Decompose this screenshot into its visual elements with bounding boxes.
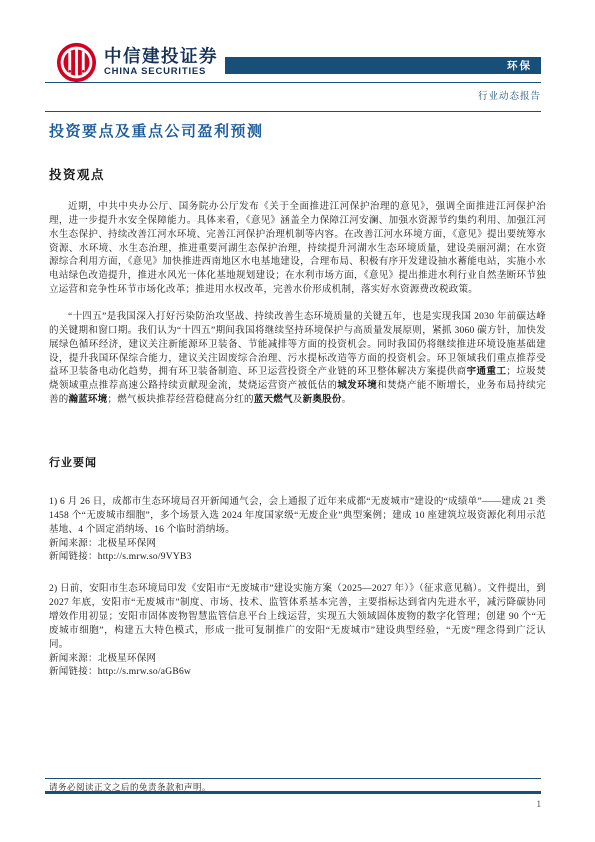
news-source-line: 新闻来源：北极星环保网 (49, 653, 546, 667)
news-link-line: 新闻链接：http://s.mrw.so/aGB6w (49, 666, 546, 680)
news-link-line: 新闻链接：http://s.mrw.so/9VYB3 (49, 551, 546, 565)
brand-name-cn: 中信建投证券 (104, 47, 218, 66)
section-heading-investment-view: 投资观点 (49, 165, 546, 183)
news-source-value: 北极星环保网 (98, 654, 157, 664)
news-item: 1) 6 月 26 日，成都市生态环境局召开新闻通气会，会上通报了近年来成都“无… (49, 496, 546, 565)
news-link-label: 新闻链接： (49, 552, 98, 562)
footer-divider-thin (45, 778, 541, 779)
page-number: 1 (537, 799, 542, 809)
news-link-url[interactable]: http://s.mrw.so/9VYB3 (98, 552, 192, 562)
news-source-label: 新闻来源： (49, 654, 98, 664)
page-title: 投资要点及重点公司盈利预测 (49, 120, 546, 141)
report-type-label: 行业动态报告 (478, 88, 541, 102)
sector-tag: 环保 (507, 58, 532, 73)
news-source-line: 新闻来源：北极星环保网 (49, 538, 546, 552)
report-body: 投资要点及重点公司盈利预测 投资观点 近期，中共中央办公厅、国务院办公厅发布《关… (49, 118, 546, 698)
news-text: 2) 日前，安阳市生态环境局印发《安阳市“无废城市”建设实施方案（2025—20… (49, 583, 546, 652)
news-link-url[interactable]: http://s.mrw.so/aGB6w (98, 667, 191, 677)
header-divider-top (45, 82, 541, 83)
footer-divider-thick (45, 791, 541, 794)
brand-logo-block: 中信建投证券 CHINA SECURITIES (56, 42, 218, 83)
news-item: 2) 日前，安阳市生态环境局印发《安阳市“无废城市”建设实施方案（2025—20… (49, 583, 546, 680)
header-divider-bottom (45, 111, 541, 112)
report-page: 中信建投证券 CHINA SECURITIES 环保 行业动态报告 投资要点及重… (0, 0, 595, 842)
brand-name-en: CHINA SECURITIES (104, 66, 218, 77)
news-source-label: 新闻来源： (49, 539, 98, 549)
citic-logo-icon (56, 42, 97, 83)
news-text: 1) 6 月 26 日，成都市生态环境局召开新闻通气会，会上通报了近年来成都“无… (49, 496, 546, 538)
news-source-value: 北极星环保网 (98, 539, 157, 549)
section-heading-industry-news: 行业要闻 (49, 454, 546, 470)
sector-banner: 环保 (225, 57, 541, 74)
investment-paragraph-2: “十四五”是我国深入打好污染防治攻坚战、持续改善生态环境质量的关键五年，也是实现… (49, 311, 546, 408)
investment-paragraph-1: 近期，中共中央办公厅、国务院办公厅发布《关于全面推进江河保护治理的意见》，强调全… (49, 201, 546, 298)
news-link-label: 新闻链接： (49, 667, 98, 677)
